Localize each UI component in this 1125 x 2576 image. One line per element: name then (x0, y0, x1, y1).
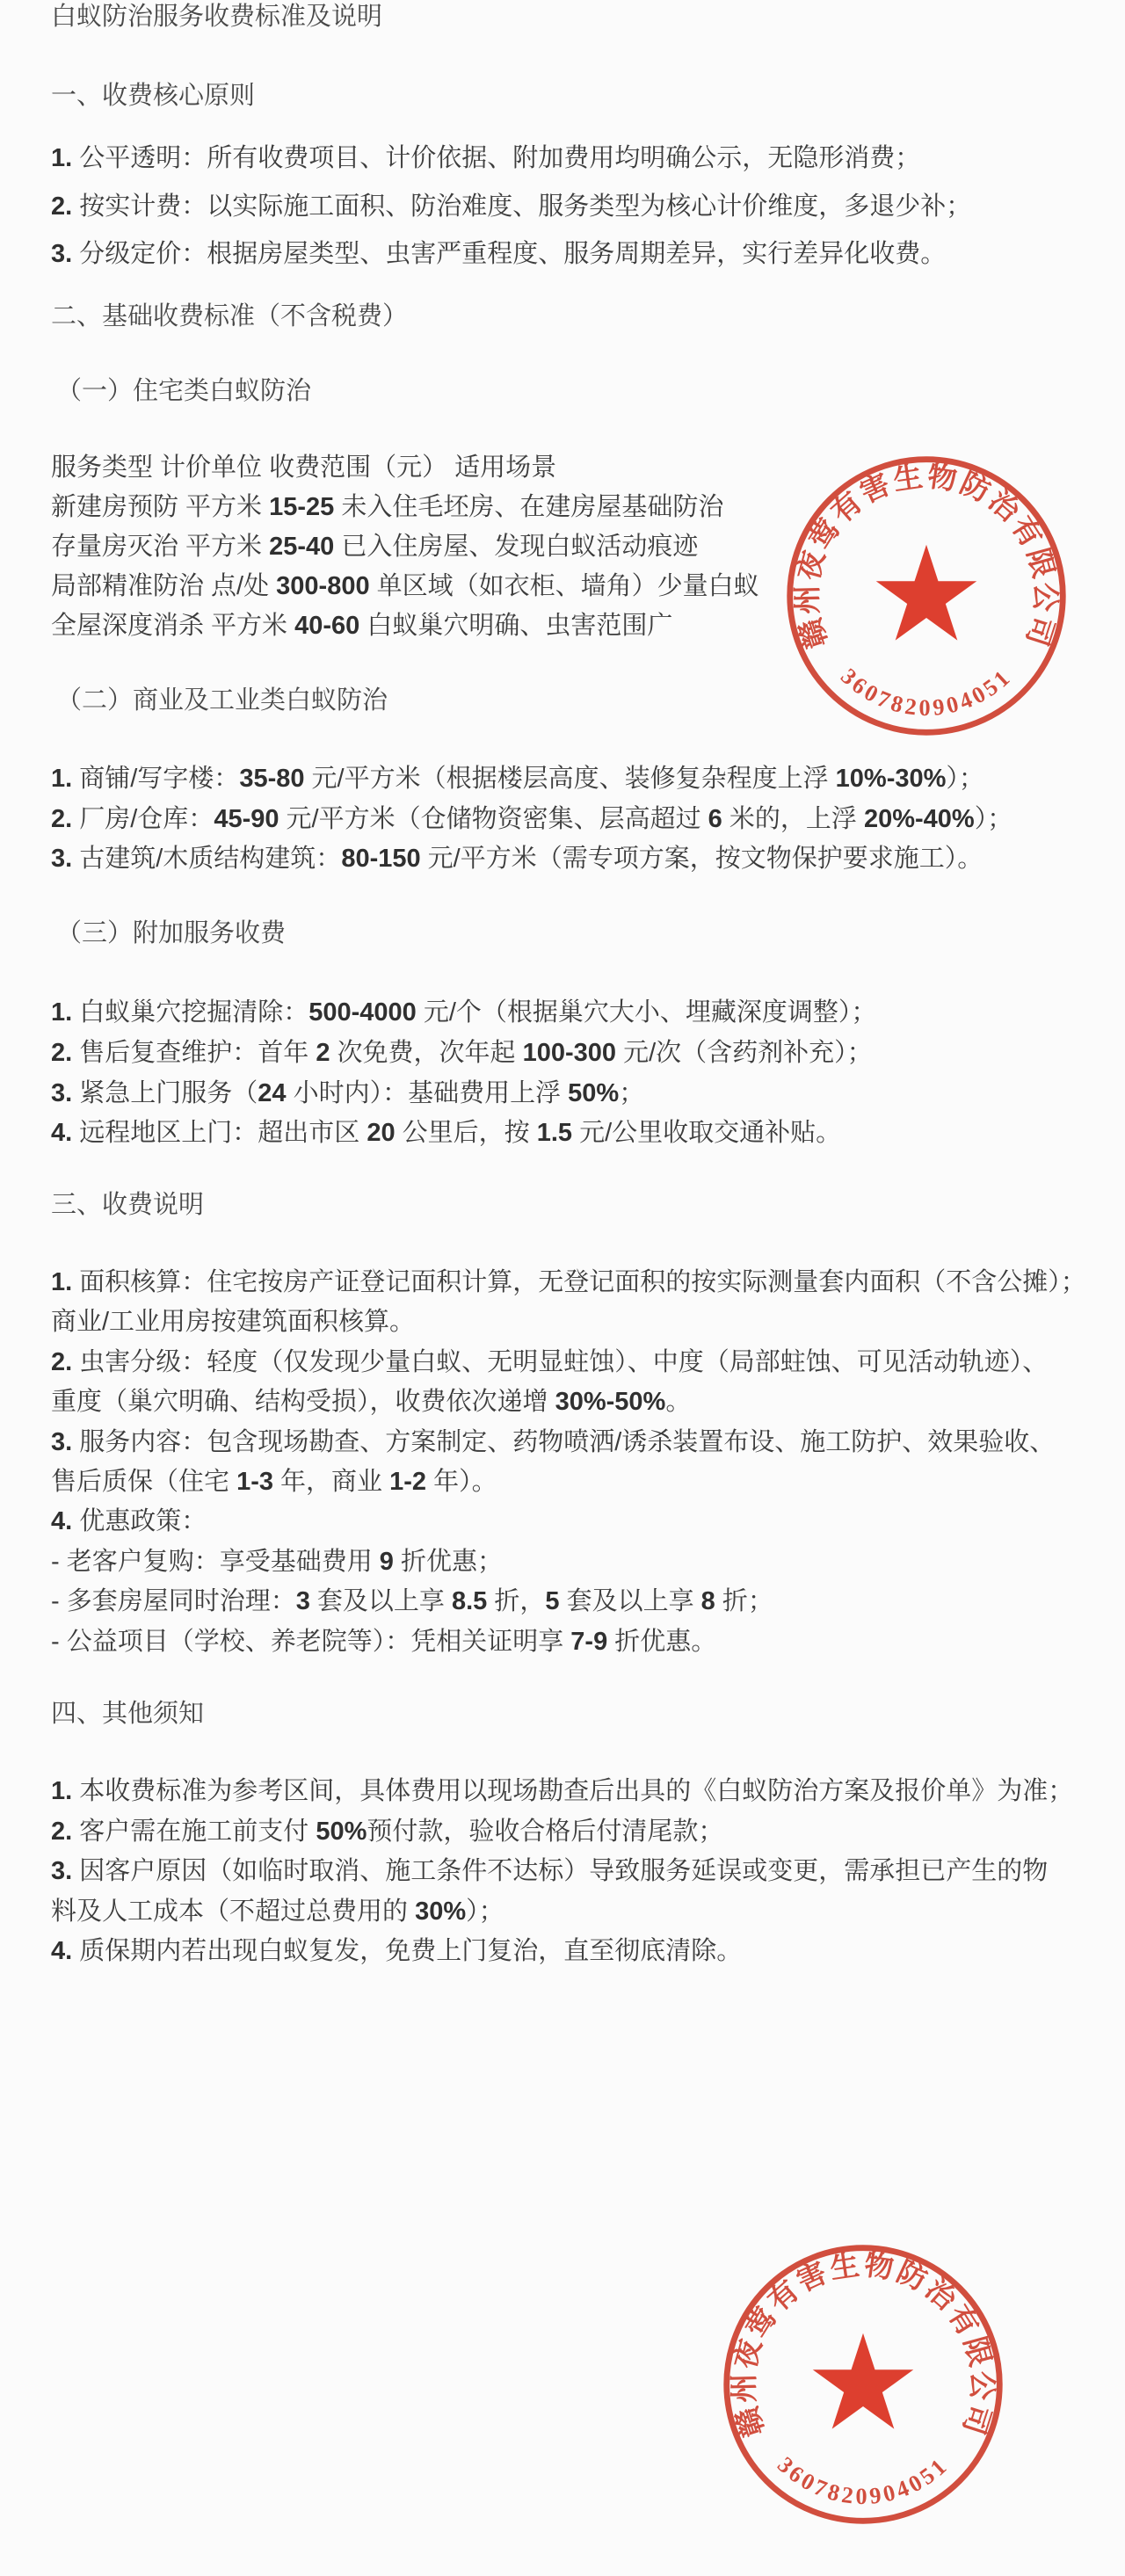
text-line: 全屋深度消杀 平方米 40-60 白蚁巢穴明确、虫害范围广 (51, 606, 759, 646)
section-1-heading: 一、收费核心原则 (51, 82, 255, 111)
text-line: 2. 厂房/仓库：45-90 元/平方米（仓储物资密集、层高超过 6 米的，上浮… (51, 800, 1012, 840)
doc-title: 白蚁防治服务收费标准及说明 (51, 3, 382, 32)
text-line: 4. 质保期内若出现白蚁复发，免费上门复治，直至彻底清除。 (51, 1932, 1073, 1972)
company-seal-bottom: 赣州夜莺有害生物防治有限公司3607820904051 (718, 2239, 1008, 2529)
seal-company-name: 赣州夜莺有害生物防治有限公司 (792, 461, 1060, 652)
seal-number: 3607820904051 (773, 2452, 954, 2509)
text-line: 料及人工成本（不超过总费用的 30%）； (51, 1892, 1073, 1933)
text-line: 2. 售后复查维护：首年 2 次免费，次年起 100-300 元/次（含药剂补充… (51, 1034, 876, 1074)
seal-number: 3607820904051 (836, 664, 1017, 721)
text-line: 1. 公平透明：所有收费项目、计价依据、附加费用均明确公示，无隐形消费； (51, 134, 971, 183)
text-line: 3. 分级定价：根据房屋类型、虫害严重程度、服务周期差异，实行差异化收费。 (51, 230, 971, 279)
text-line: 1. 本收费标准为参考区间，具体费用以现场勘查后出具的《白蚁防治方案及报价单》为… (51, 1772, 1073, 1812)
text-line: 存量房灭治 平方米 25-40 已入住房屋、发现白蚁活动痕迹 (51, 527, 759, 567)
text-line: 售后质保（住宅 1-3 年，商业 1-2 年）。 (51, 1462, 1086, 1502)
section-2-sub-2-heading: （二）商业及工业类白蚁防治 (56, 686, 388, 715)
text-line: 商业/工业用房按建筑面积核算。 (51, 1303, 1086, 1342)
text-line: 2. 按实计费：以实际施工面积、防治难度、服务类型为核心计价维度，多退少补； (51, 183, 971, 231)
section-1-list: 1. 公平透明：所有收费项目、计价依据、附加费用均明确公示，无隐形消费；2. 按… (51, 134, 971, 279)
text-line: - 公益项目（学校、养老院等）：凭相关证明享 7-9 折优惠。 (51, 1622, 1086, 1662)
section-2-sub-1-heading: （一）住宅类白蚁防治 (56, 377, 311, 406)
text-line: 3. 古建筑/木质结构建筑：80-150 元/平方米（需专项方案，按文物保护要求… (51, 839, 1012, 880)
text-line: 2. 客户需在施工前支付 50%预付款，验收合格后付清尾款； (51, 1812, 1073, 1853)
text-line: 1. 白蚁巢穴挖掘清除：500-4000 元/个（根据巢穴大小、埋藏深度调整）； (51, 993, 876, 1034)
text-line: 新建房预防 平方米 15-25 未入住毛坯房、在建房屋基础防治 (51, 488, 759, 527)
text-line: 4. 优惠政策： (51, 1502, 1086, 1542)
section-4-heading: 四、其他须知 (51, 1700, 204, 1729)
text-line: 服务类型 计价单位 收费范围（元） 适用场景 (51, 448, 759, 488)
text-line: 1. 面积核算：住宅按房产证登记面积计算，无登记面积的按实际测量套内面积（不含公… (51, 1263, 1086, 1303)
text-line: 3. 服务内容：包含现场勘查、方案制定、药物喷洒/诱杀装置布设、施工防护、效果验… (51, 1423, 1086, 1462)
text-line: - 老客户复购：享受基础费用 9 折优惠； (51, 1542, 1086, 1582)
fee-notes-list: 1. 面积核算：住宅按房产证登记面积计算，无登记面积的按实际测量套内面积（不含公… (51, 1263, 1086, 1662)
residential-price-table: 服务类型 计价单位 收费范围（元） 适用场景新建房预防 平方米 15-25 未入… (51, 448, 759, 646)
seal-star-icon (876, 545, 977, 641)
seal-ring (790, 460, 1063, 733)
company-seal-top: 赣州夜莺有害生物防治有限公司3607820904051 (781, 451, 1071, 741)
additional-service-list: 1. 白蚁巢穴挖掘清除：500-4000 元/个（根据巢穴大小、埋藏深度调整）；… (51, 993, 876, 1154)
text-line: 4. 远程地区上门：超出市区 20 公里后，按 1.5 元/公里收取交通补贴。 (51, 1114, 876, 1154)
text-line: 3. 紧急上门服务（24 小时内）：基础费用上浮 50%； (51, 1074, 876, 1114)
text-line: 2. 虫害分级：轻度（仅发现少量白蚁、无明显蛀蚀）、中度（局部蛀蚀、可见活动轨迹… (51, 1343, 1086, 1382)
text-line: 重度（巢穴明确、结构受损），收费依次递增 30%-50%。 (51, 1382, 1086, 1422)
text-line: 1. 商铺/写字楼：35-80 元/平方米（根据楼层高度、装修复杂程度上浮 10… (51, 759, 1012, 800)
section-2-heading: 二、基础收费标准（不含税费） (51, 302, 408, 331)
text-line: 3. 因客户原因（如临时取消、施工条件不达标）导致服务延误或变更，需承担已产生的… (51, 1852, 1073, 1892)
text-line: 局部精准防治 点/处 300-800 单区域（如衣柜、墙角）少量白蚁 (51, 567, 759, 606)
text-line: - 多套房屋同时治理：3 套及以上享 8.5 折，5 套及以上享 8 折； (51, 1582, 1086, 1622)
document-page: 白蚁防治服务收费标准及说明 一、收费核心原则 1. 公平透明：所有收费项目、计价… (0, 0, 1125, 2576)
seal-ring (727, 2248, 1000, 2522)
other-notes-list: 1. 本收费标准为参考区间，具体费用以现场勘查后出具的《白蚁防治方案及报价单》为… (51, 1772, 1073, 1972)
seal-star-icon (813, 2333, 914, 2429)
commercial-price-list: 1. 商铺/写字楼：35-80 元/平方米（根据楼层高度、装修复杂程度上浮 10… (51, 759, 1012, 880)
section-3-heading: 三、收费说明 (51, 1191, 204, 1220)
seal-company-name: 赣州夜莺有害生物防治有限公司 (729, 2249, 997, 2441)
section-2-sub-3-heading: （三）附加服务收费 (56, 919, 286, 948)
